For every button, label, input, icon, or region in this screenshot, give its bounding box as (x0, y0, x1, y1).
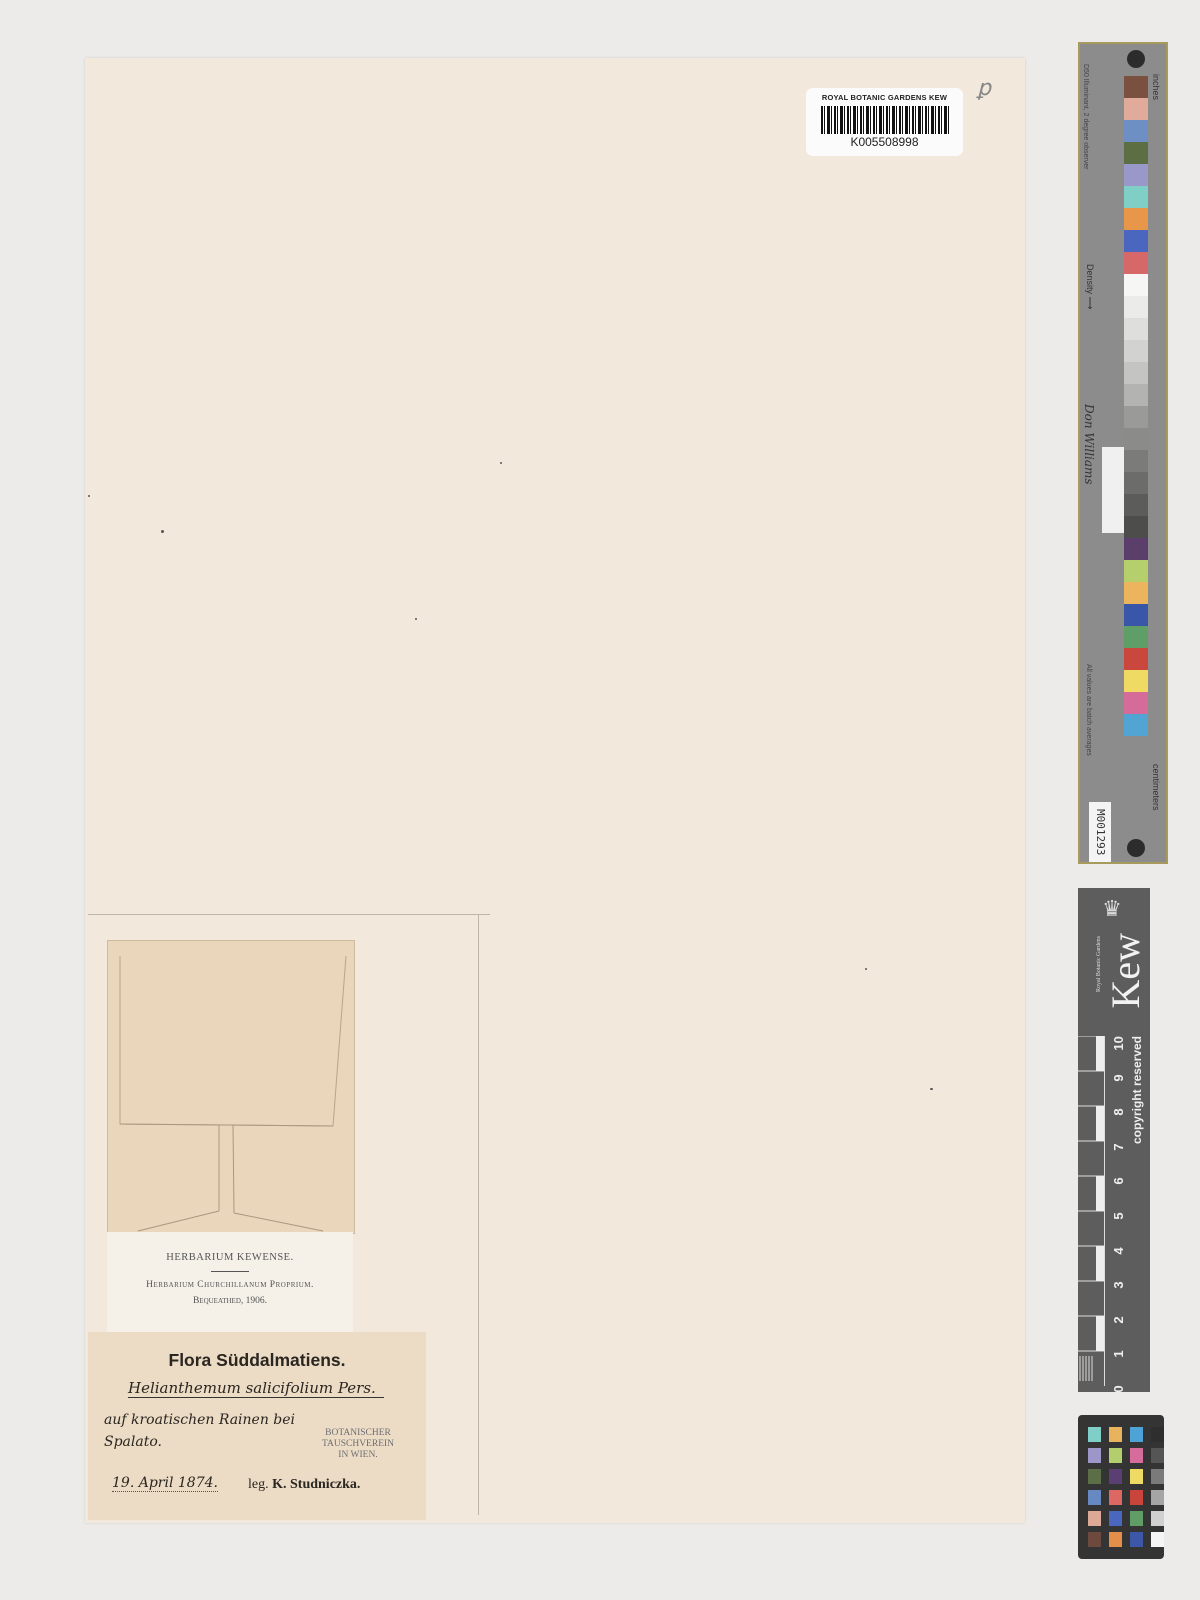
speck (161, 530, 164, 533)
color-swatch (1124, 582, 1148, 604)
color-swatch (1124, 604, 1148, 626)
kew-logo: Kew (1102, 933, 1149, 1009)
color-swatch (1124, 230, 1148, 252)
stamp-line: TAUSCHVEREIN (303, 1439, 413, 1450)
color-patch (1088, 1448, 1101, 1463)
color-swatch (1124, 142, 1148, 164)
color-patch (1151, 1469, 1164, 1484)
cm-number: 0 (1111, 1372, 1126, 1407)
color-patch (1109, 1490, 1122, 1505)
royal-crest-icon: ♛ (1099, 896, 1125, 926)
copyright-notice: copyright reserved (1130, 1036, 1144, 1144)
color-patch (1130, 1511, 1143, 1526)
color-swatch (1124, 164, 1148, 186)
color-patch (1088, 1490, 1101, 1505)
barcode (821, 106, 949, 134)
locality-line-2: Spalato. (104, 1434, 162, 1450)
bequest-note: Bequeathed, 1906. (107, 1296, 353, 1306)
color-patch (1088, 1511, 1101, 1526)
color-swatch (1124, 208, 1148, 230)
specimen-envelope (107, 940, 355, 1234)
color-patch (1151, 1532, 1164, 1547)
swatch-column (1124, 76, 1164, 736)
color-swatch (1124, 692, 1148, 714)
density-label: Density ⟶ (1085, 264, 1095, 309)
species-name: Helianthemum salicifolium Pers. (128, 1379, 384, 1398)
punch-hole-icon (1127, 839, 1145, 857)
color-swatch (1124, 648, 1148, 670)
color-patch (1130, 1532, 1143, 1547)
illuminant-note: D50 Illuminant, 2 degree observer (1082, 64, 1089, 169)
cm-number: 10 (1111, 1026, 1126, 1061)
color-patch (1151, 1448, 1164, 1463)
institution-name: ROYAL BOTANIC GARDENS KEW (806, 93, 963, 102)
color-swatch (1124, 494, 1148, 516)
color-checker-grid (1088, 1427, 1164, 1547)
collection-name: Herbarium Churchillanum Proprium. (107, 1280, 353, 1290)
color-swatch (1124, 450, 1148, 472)
herbarium-kewense-label: HERBARIUM KEWENSE. Herbarium Churchillan… (107, 1232, 353, 1332)
color-swatch (1124, 428, 1148, 450)
color-swatch (1124, 98, 1148, 120)
color-patch (1088, 1532, 1101, 1547)
flora-title: Flora Süddalmatiens. (88, 1350, 426, 1371)
cm-number: 6 (1111, 1164, 1126, 1199)
color-patch (1109, 1448, 1122, 1463)
cm-number: 3 (1111, 1268, 1126, 1303)
averages-note: All values are batch averages (1085, 664, 1092, 756)
cm-number: 1 (1111, 1337, 1126, 1372)
scale-ticks (1078, 1036, 1104, 1386)
centimeters-label: centimeters (1151, 764, 1161, 811)
punch-hole-icon (1127, 50, 1145, 68)
color-patch (1109, 1511, 1122, 1526)
barcode-number: K005508998 (806, 135, 963, 149)
envelope-fold-lines (108, 941, 354, 1233)
speck (500, 462, 502, 464)
maker-signature: Don Williams (1082, 404, 1096, 485)
color-swatch (1124, 626, 1148, 648)
collection-date: 19. April 1874. (112, 1475, 218, 1492)
color-swatch (1124, 318, 1148, 340)
color-swatch (1124, 560, 1148, 582)
color-swatch (1124, 472, 1148, 494)
scale-id: M001293 (1089, 802, 1111, 862)
pencil-line-vertical (478, 915, 479, 1515)
collector-label: Flora Süddalmatiens. Helianthemum salici… (88, 1332, 426, 1520)
color-swatch (1124, 274, 1148, 296)
color-patch (1109, 1469, 1122, 1484)
color-swatch (1124, 516, 1148, 538)
color-swatch (1124, 252, 1148, 274)
herbarium-name: HERBARIUM KEWENSE. (107, 1252, 353, 1263)
speck (88, 495, 90, 497)
color-patch (1130, 1427, 1143, 1442)
stamp-line: BOTANISCHER (303, 1428, 413, 1439)
color-swatch (1124, 296, 1148, 318)
color-swatch (1124, 538, 1148, 560)
cm-number: 5 (1111, 1199, 1126, 1234)
color-patch (1151, 1490, 1164, 1505)
leg-prefix: leg. (248, 1477, 269, 1492)
color-patch (1088, 1469, 1101, 1484)
speck (930, 1088, 933, 1090)
pencil-line-horizontal (88, 914, 490, 915)
cm-number: 4 (1111, 1234, 1126, 1269)
collector-name: K. Studniczka. (272, 1477, 360, 1492)
cm-number: 9 (1111, 1061, 1126, 1096)
pencil-annotation: ꝑ (977, 76, 991, 101)
color-patch (1109, 1427, 1122, 1442)
color-density-scale: D50 Illuminant, 2 degree observer inches… (1078, 42, 1168, 864)
color-patch (1109, 1532, 1122, 1547)
color-swatch (1124, 76, 1148, 98)
color-swatch (1124, 340, 1148, 362)
kew-scale-ruler: ♛ Royal Botanic Gardens Kew 109876543210… (1078, 888, 1150, 1392)
color-swatch (1124, 670, 1148, 692)
speck (865, 968, 867, 970)
cm-scale-bar (1078, 1036, 1105, 1386)
color-patch (1151, 1427, 1164, 1442)
color-patch (1130, 1490, 1143, 1505)
color-swatch (1124, 384, 1148, 406)
color-swatch (1124, 406, 1148, 428)
color-swatch (1124, 186, 1148, 208)
collector-line: leg. K. Studniczka. (248, 1477, 360, 1493)
cm-numbers: 109876543210cm (1111, 1026, 1129, 1441)
color-patch (1130, 1448, 1143, 1463)
stamp-line: IN WIEN. (303, 1450, 413, 1461)
color-swatch (1124, 120, 1148, 142)
cm-number: 7 (1111, 1130, 1126, 1165)
color-patch (1151, 1511, 1164, 1526)
color-swatch (1124, 362, 1148, 384)
color-patch (1088, 1427, 1101, 1442)
exchange-stamp: BOTANISCHER TAUSCHVEREIN IN WIEN. (303, 1428, 413, 1461)
locality-line-1: auf kroatischen Rainen bei (104, 1412, 295, 1428)
divider (211, 1271, 249, 1272)
barcode-label: ROYAL BOTANIC GARDENS KEW K005508998 (806, 88, 963, 156)
cm-number: 2 (1111, 1303, 1126, 1338)
cm-number: 8 (1111, 1095, 1126, 1130)
color-checker-card (1078, 1415, 1164, 1559)
color-patch (1130, 1469, 1143, 1484)
speck (415, 618, 417, 620)
color-swatch (1124, 714, 1148, 736)
